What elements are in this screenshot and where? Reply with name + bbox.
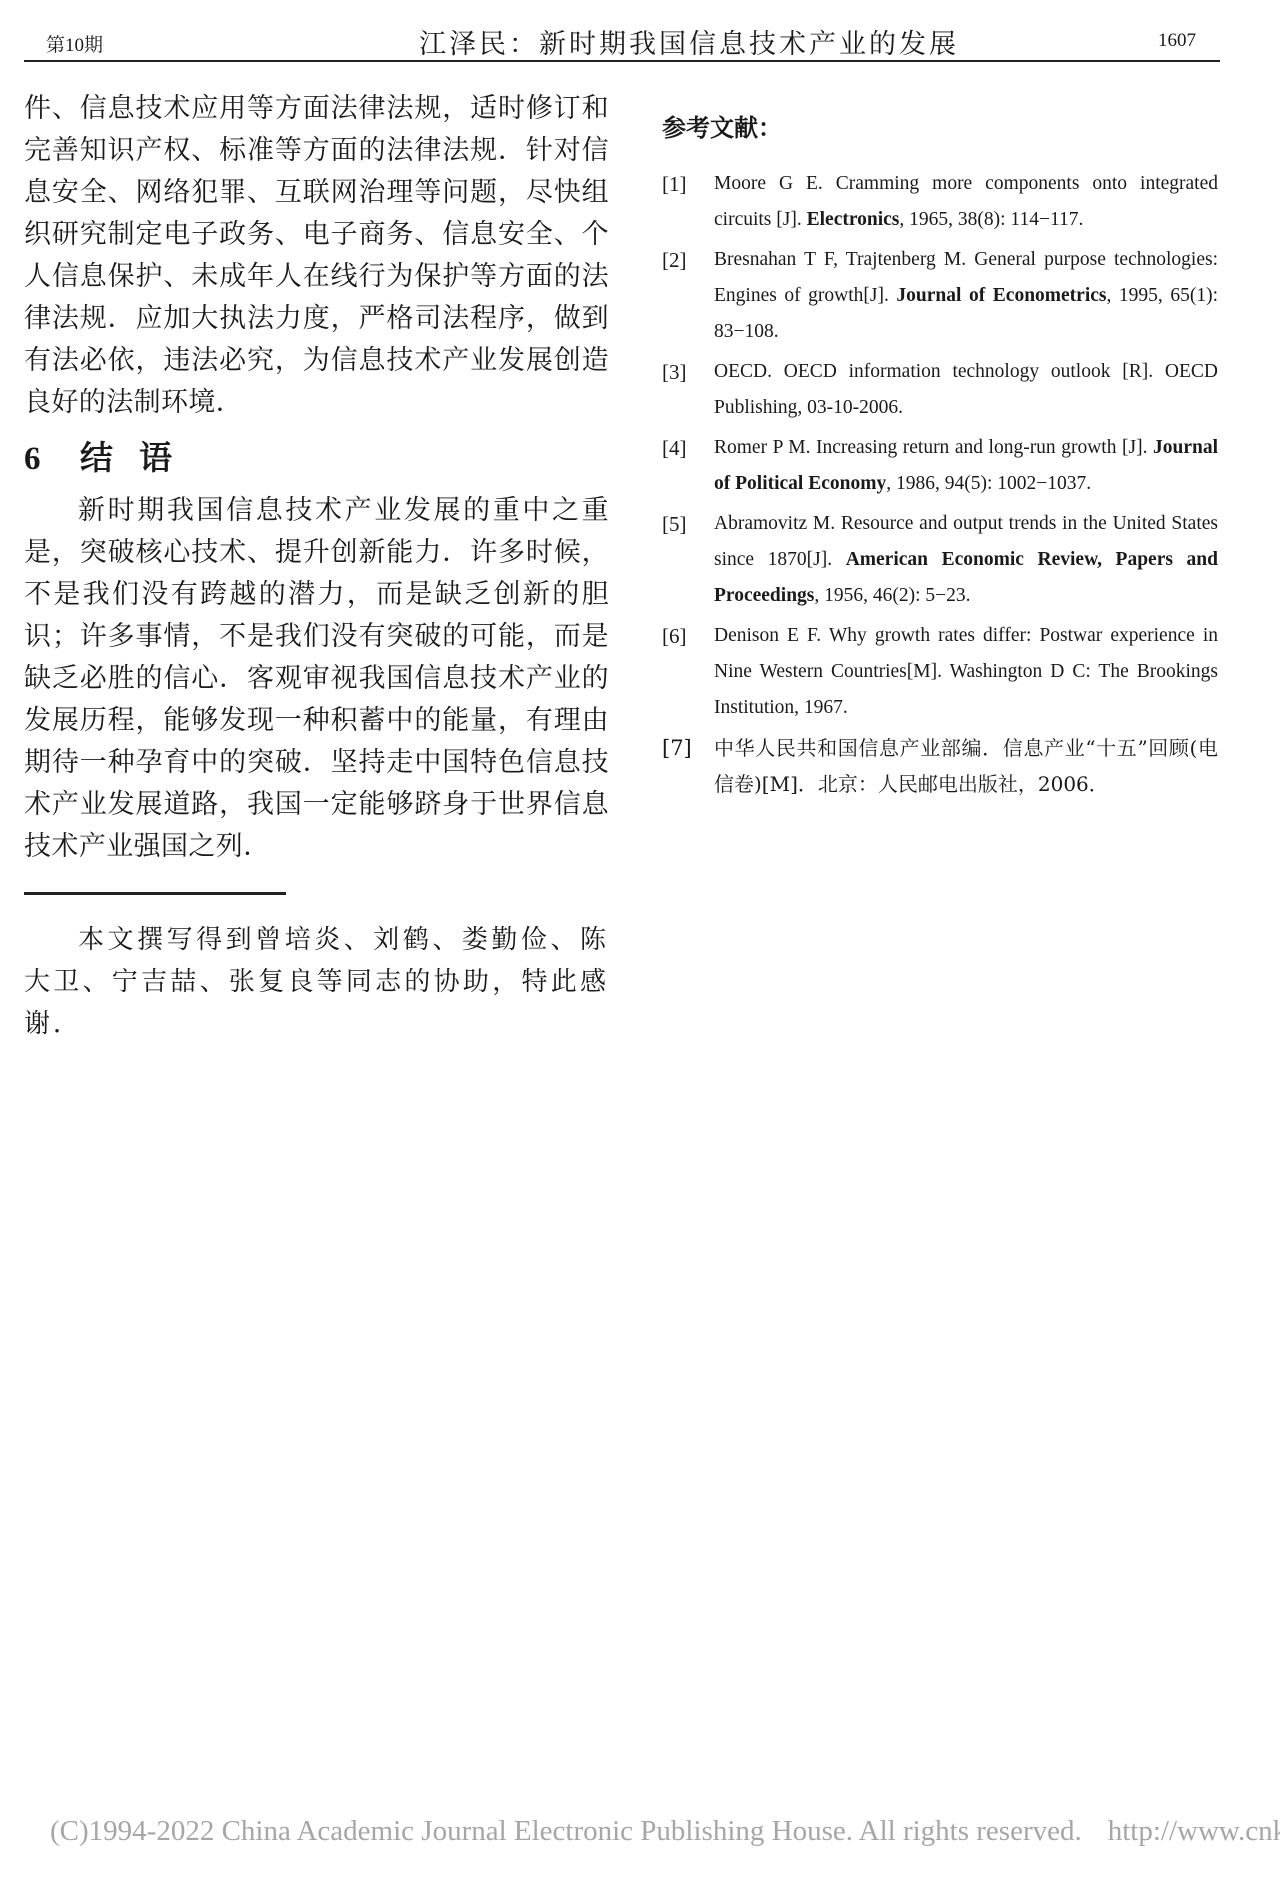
reference-number: [3] — [662, 354, 687, 390]
reference-number: [5] — [662, 506, 687, 542]
reference-number: [7] — [662, 730, 692, 766]
reference-number: [6] — [662, 618, 687, 654]
reference-number: [1] — [662, 166, 687, 202]
reference-item: [3] OECD. OECD information technology ou… — [648, 354, 1218, 426]
issue-number: 第10期 — [46, 30, 103, 57]
acknowledgement: 本文撰写得到曾培炎、刘鹤、娄勤俭、陈大卫、宁吉喆、张复良等同志的协助，特此感谢． — [24, 919, 609, 1045]
references-title: 参考文献： — [662, 108, 1218, 148]
reference-item: [1] Moore G E. Cramming more components … — [648, 166, 1218, 238]
running-title: 江泽民：新时期我国信息技术产业的发展 — [419, 22, 959, 61]
continued-paragraph: 件、信息技术应用等方面法律法规，适时修订和完善知识产权、标准等方面的法律法规．针… — [24, 88, 609, 424]
copyright-text: (C)1994-2022 China Academic Journal Elec… — [50, 1815, 1082, 1847]
references-column: 参考文献： [1] Moore G E. Cramming more compo… — [648, 108, 1218, 806]
reference-number: [4] — [662, 430, 687, 466]
section-heading: 6结语 — [24, 426, 609, 490]
section-number: 6 — [24, 427, 80, 491]
reference-item: [2] Bresnahan T F, Trajtenberg M. Genera… — [648, 242, 1218, 350]
journal-name: Electronics — [807, 209, 900, 230]
journal-name: Journal of Econometrics — [896, 285, 1106, 306]
cnki-url: http://www.cnki.net — [1108, 1815, 1280, 1847]
header-rule — [24, 60, 1220, 62]
copyright-footer: (C)1994-2022 China Academic Journal Elec… — [50, 1815, 1260, 1848]
page-number: 1607 — [1158, 30, 1196, 52]
reference-item: [7] 中华人民共和国信息产业部编．信息产业“十五”回顾(电信卷)[M]．北京：… — [648, 730, 1218, 802]
running-header: 第10期 江泽民：新时期我国信息技术产业的发展 1607 — [24, 18, 1218, 60]
reference-item: [5] Abramovitz M. Resource and output tr… — [648, 506, 1218, 614]
reference-item: [4] Romer P M. Increasing return and lon… — [648, 430, 1218, 502]
footnote-rule — [24, 892, 286, 895]
left-column: 件、信息技术应用等方面法律法规，适时修订和完善知识产权、标准等方面的法律法规．针… — [24, 88, 609, 1045]
reference-item: [6] Denison E F. Why growth rates differ… — [648, 618, 1218, 726]
section-title: 结语 — [80, 438, 198, 477]
reference-number: [2] — [662, 242, 687, 278]
conclusion-paragraph: 新时期我国信息技术产业发展的重中之重是，突破核心技术、提升创新能力．许多时候，不… — [24, 490, 609, 868]
